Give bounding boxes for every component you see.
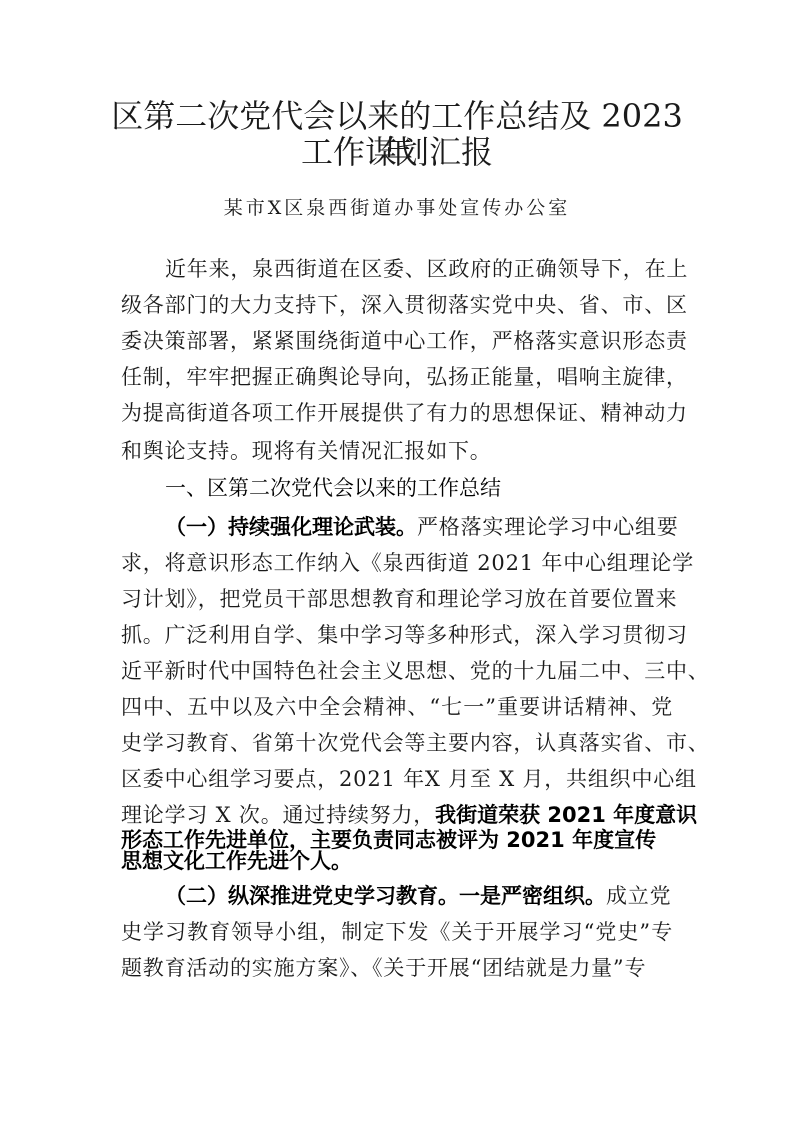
body-line: 史学习教育、省第十次党代会等主要内容，认真落实省、市、 [121, 725, 673, 761]
intro-line: 委决策部署，紧紧围绕街道中心工作，严格落实意识形态责 [121, 323, 673, 359]
body-line: 题教育活动的实施方案》、《关于开展“团结就是力量”专 [121, 950, 673, 986]
intro-line: 近年来，泉西街道在区委、区政府的正确领导下，在上 [121, 251, 673, 287]
document-author: 某市X区泉西街道办事处宣传办公室 [100, 196, 694, 220]
intro-line: 为提高街道各项工作开展提供了有力的思想保证、精神动力 [121, 395, 673, 431]
subsection-1-heading: （一）持续强化理论武装。 [165, 515, 417, 539]
body-line: 区委中心组学习要点，2021 年X 月至 X 月，共组织中心组 [121, 761, 673, 797]
body-line: 求，将意识形态工作纳入《泉西街道 2021 年中心组理论学 [121, 545, 673, 581]
body-text: 理论学习 X 次。通过持续努力， [121, 803, 435, 827]
subsection-1-lead-text: 严格落实理论学习中心组要 [417, 515, 679, 539]
body-line: 习计划》，把党员干部思想教育和理论学习放在首要位置来 [121, 581, 673, 617]
intro-line: 级各部门的大力支持下，深入贯彻落实党中央、省、市、区 [121, 287, 673, 323]
document-page: 区第二次党代会以来的工作总结及 2023 年 工作谋划汇报 某市X区泉西街道办事… [0, 0, 794, 1122]
document-title-line-2: 工作谋划汇报 [100, 134, 694, 170]
award-line: 思想文化工作先进个人。 [121, 850, 673, 872]
subsection-1-lead: （一）持续强化理论武装。严格落实理论学习中心组要 [121, 509, 673, 545]
body-line: 近平新时代中国特色社会主义思想、党的十九届二中、三中、 [121, 653, 673, 689]
body-line: 抓。广泛利用自学、集中学习等多种形式，深入学习贯彻习 [121, 617, 673, 653]
section-heading-text: 一、区第二次党代会以来的工作总结 [165, 476, 501, 500]
intro-line: 和舆论支持。现将有关情况汇报如下。 [121, 433, 673, 469]
subsection-2-heading: （二）纵深推进党史学习教育。一是严密组织。 [165, 884, 606, 908]
section-heading: 一、区第二次党代会以来的工作总结 [121, 470, 673, 506]
body-line: 史学习教育领导小组，制定下发《关于开展学习“党史”专 [121, 914, 673, 950]
intro-line: 任制，牢牢把握正确舆论导向，弘扬正能量，唱响主旋律， [121, 359, 673, 395]
subsection-2-lead: （二）纵深推进党史学习教育。一是严密组织。成立党 [121, 878, 673, 914]
body-line: 四中、五中以及六中全会精神、“七一”重要讲话精神、党 [121, 689, 673, 725]
award-line: 形态工作先进单位，主要负责同志被评为 2021 年度宣传 [121, 829, 673, 851]
subsection-2-lead-text: 成立党 [606, 884, 671, 908]
award-text: 我街道荣获 2021 年度意识 [435, 803, 697, 827]
